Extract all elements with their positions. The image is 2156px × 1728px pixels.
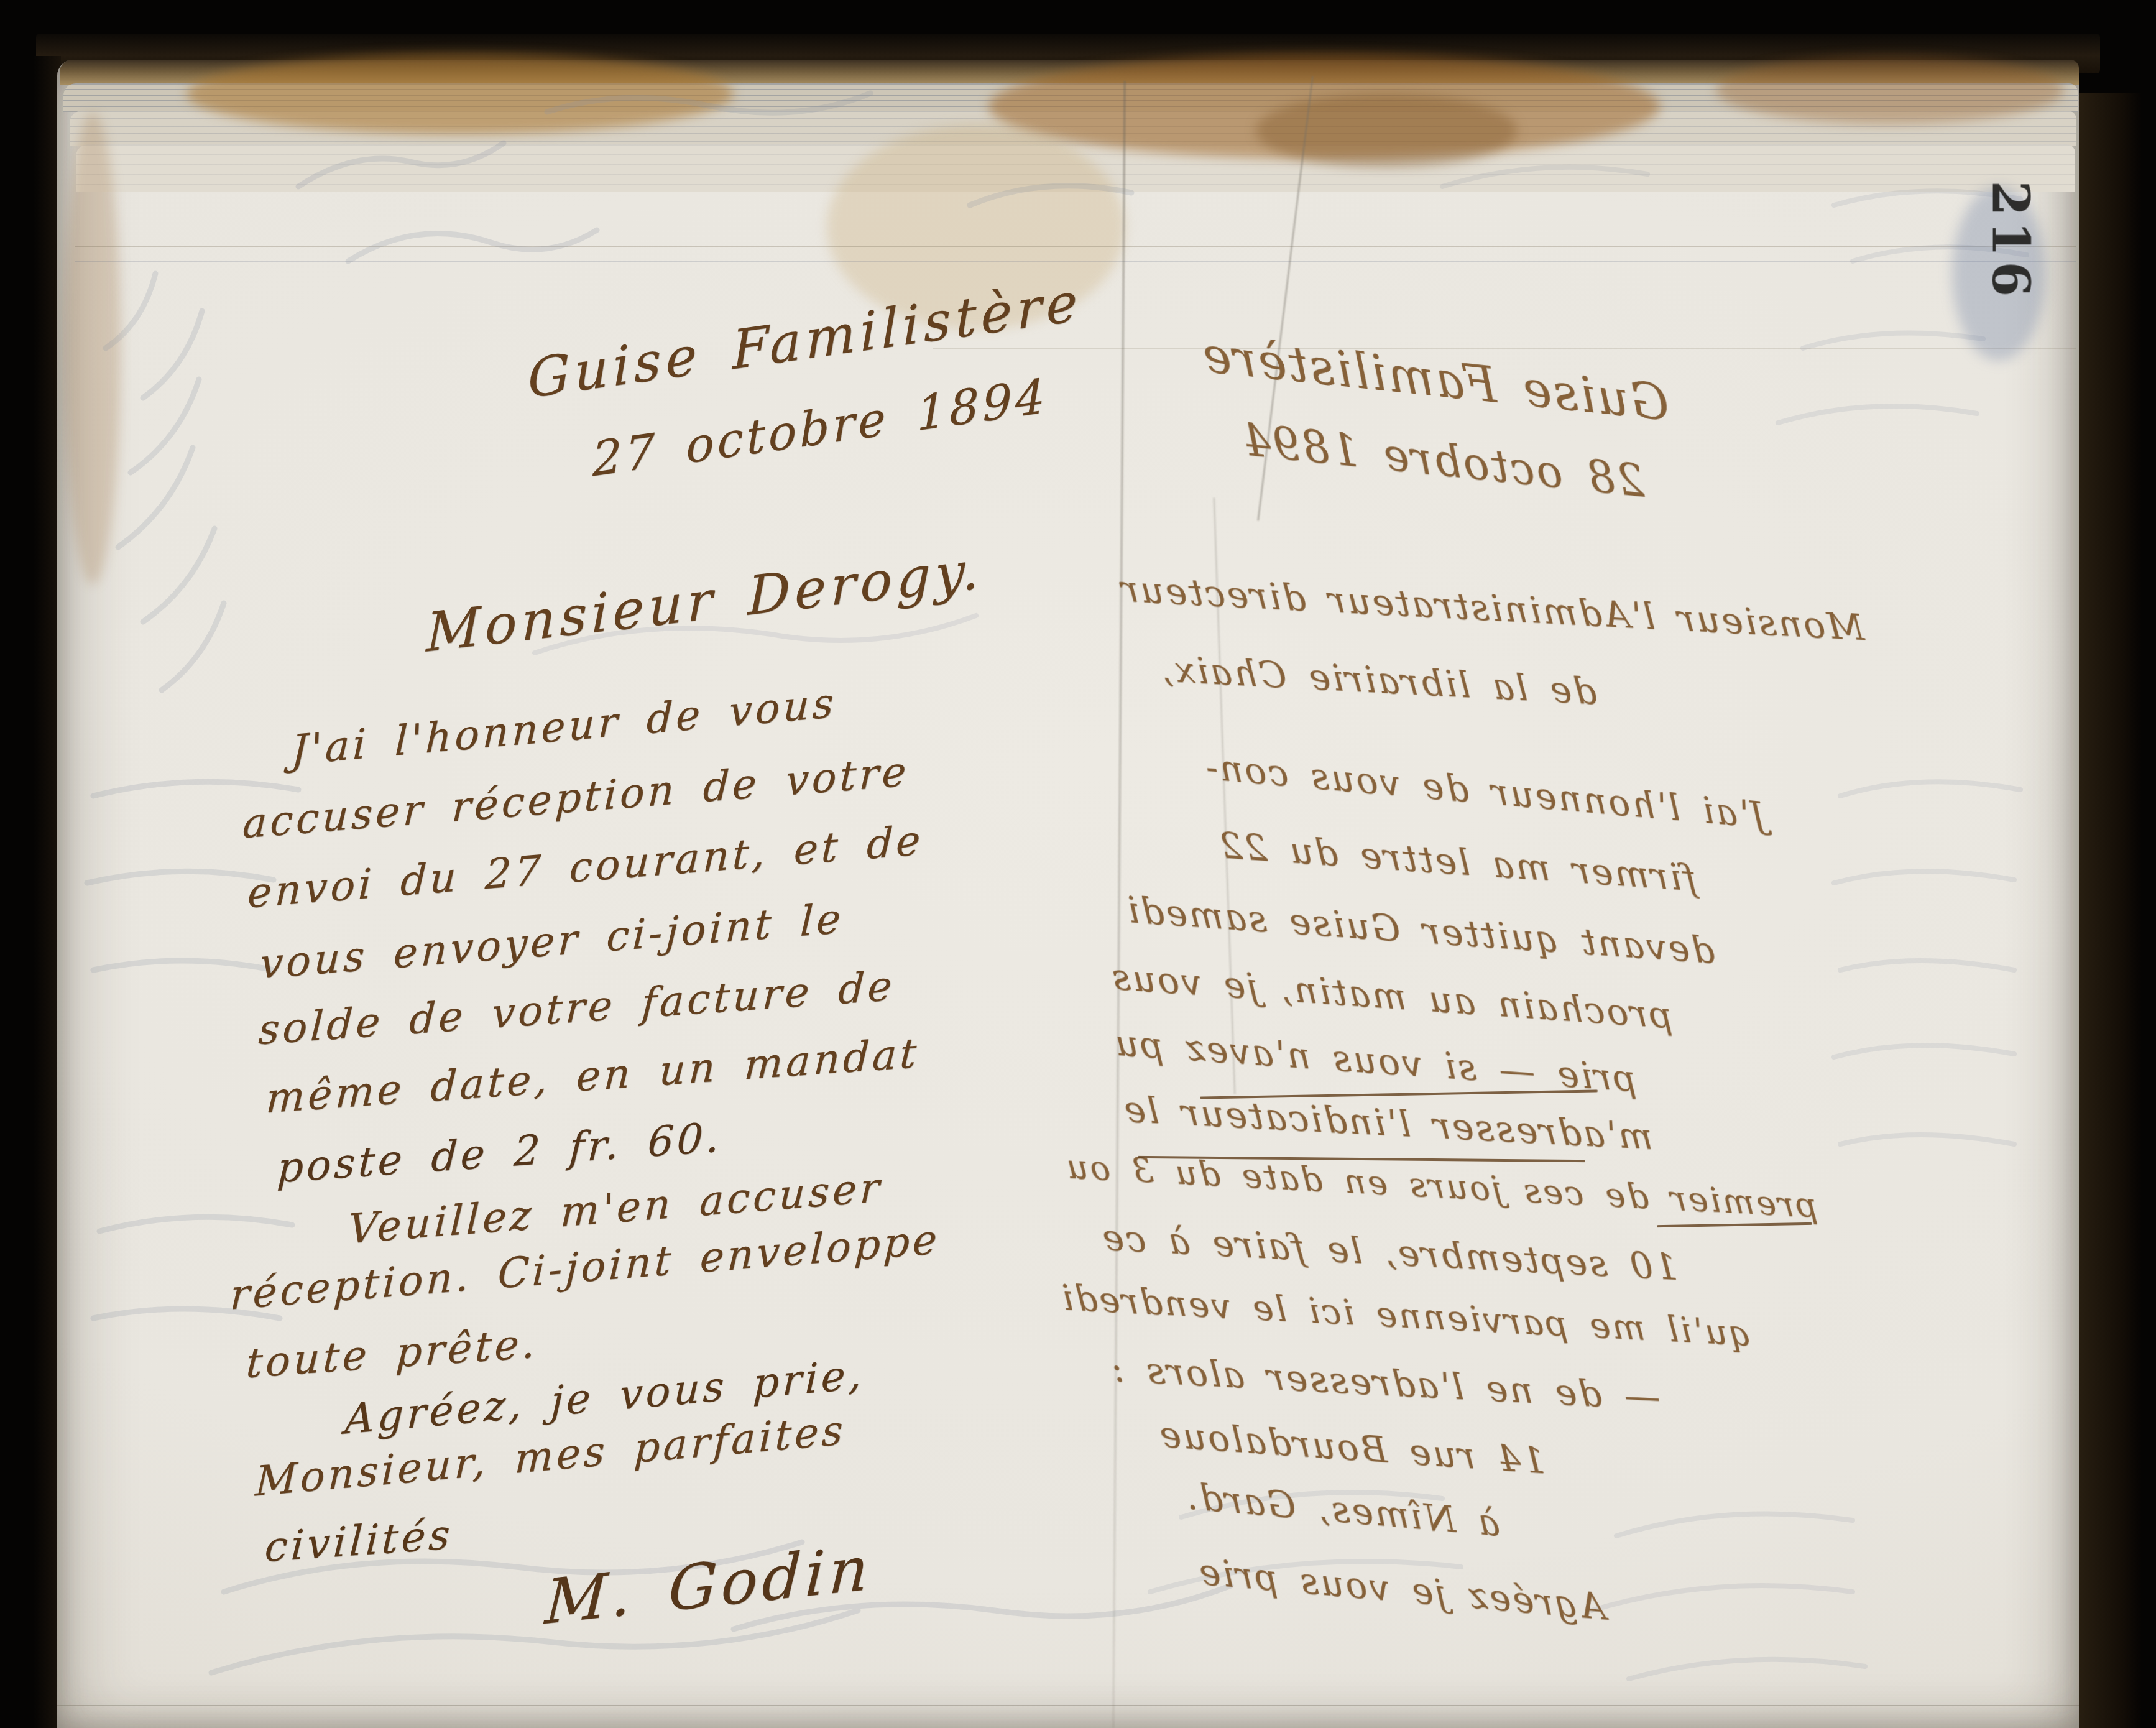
folio-number-stamp: 216 [1981,180,2040,302]
book-scan-stage: Guise Familistère 27 octobre 1894 Monsie… [0,0,2156,1728]
